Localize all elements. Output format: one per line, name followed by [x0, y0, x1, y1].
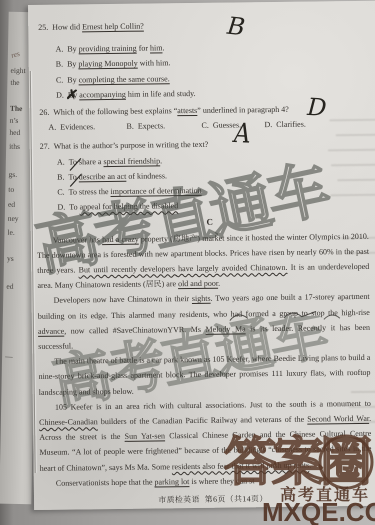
handwritten-slash-mark	[68, 157, 84, 172]
page-edge-fragment: le.	[7, 228, 14, 237]
question-27: 27. What is the author’s purpose in writ…	[40, 135, 375, 215]
page-edge-fragment: —	[5, 352, 13, 361]
handwritten-cross-mark: ✗	[65, 88, 79, 104]
photographed-exam-page: res eight the The n’s hed iths gs. to ed…	[0, 0, 375, 525]
page-edge-fragment: ney	[8, 214, 19, 223]
passage-paragraph-5: Conservationists hope that the parking l…	[40, 472, 372, 491]
question-26-option-c: C. Guesses.	[201, 117, 264, 133]
question-25: 25. How did Ernest help Collin? A. By pr…	[38, 16, 375, 103]
page-edge-fragment: n’s	[10, 116, 19, 125]
handwritten-answer-q26: D	[307, 95, 328, 120]
page-edge-fragment: ed	[8, 200, 15, 209]
handwritten-scribble	[226, 307, 346, 326]
page-edge-fragment: ys	[7, 254, 14, 263]
page-edge-fragment: The	[10, 104, 23, 113]
passage-paragraph-1: Vancouver has had a crazy property (房地产)…	[37, 228, 370, 293]
page-edge-fragment: iths	[9, 142, 20, 151]
page-edge-fragment: ed	[6, 282, 13, 291]
page-edge-fragment: eight	[11, 66, 26, 75]
question-25-option-d: D. By accompanying him in life and study…	[56, 84, 375, 103]
passage-paragraph-4: 105 Keefer is in an area rich with cultu…	[39, 396, 372, 476]
question-26-option-d: D. Clarifies.	[264, 117, 306, 133]
handwritten-answer-q25: B	[226, 14, 246, 40]
question-27-option-d: D. To appeal for helping the disabled	[57, 196, 375, 215]
page-edge-fragment: the	[10, 78, 19, 87]
page-edge-fragment: gs.	[9, 170, 18, 179]
question-25-stem: 25. How did Ernest help Collin?	[38, 16, 375, 35]
page-footer: 市质检英语 第6页（共14页）	[44, 490, 375, 509]
page-edge-fragment: hed	[9, 128, 20, 137]
page-edge-fragment: to	[8, 185, 14, 194]
page-content: 25. How did Ernest help Collin? A. By pr…	[38, 16, 375, 509]
handwritten-slash-mark	[68, 173, 84, 188]
question-26-option-b: B. Expects.	[126, 118, 201, 134]
handwritten-answer-q27: A	[234, 120, 252, 148]
page-edge-fragment: res	[10, 49, 21, 60]
reading-passage: Vancouver has had a crazy property (房地产)…	[37, 228, 372, 490]
exam-paper: 25. How did Ernest help Collin? A. By pr…	[28, 1, 375, 510]
passage-paragraph-3: The main theatre of battle is a car park…	[38, 350, 371, 400]
question-26-option-a: A. Evidences.	[48, 119, 126, 135]
